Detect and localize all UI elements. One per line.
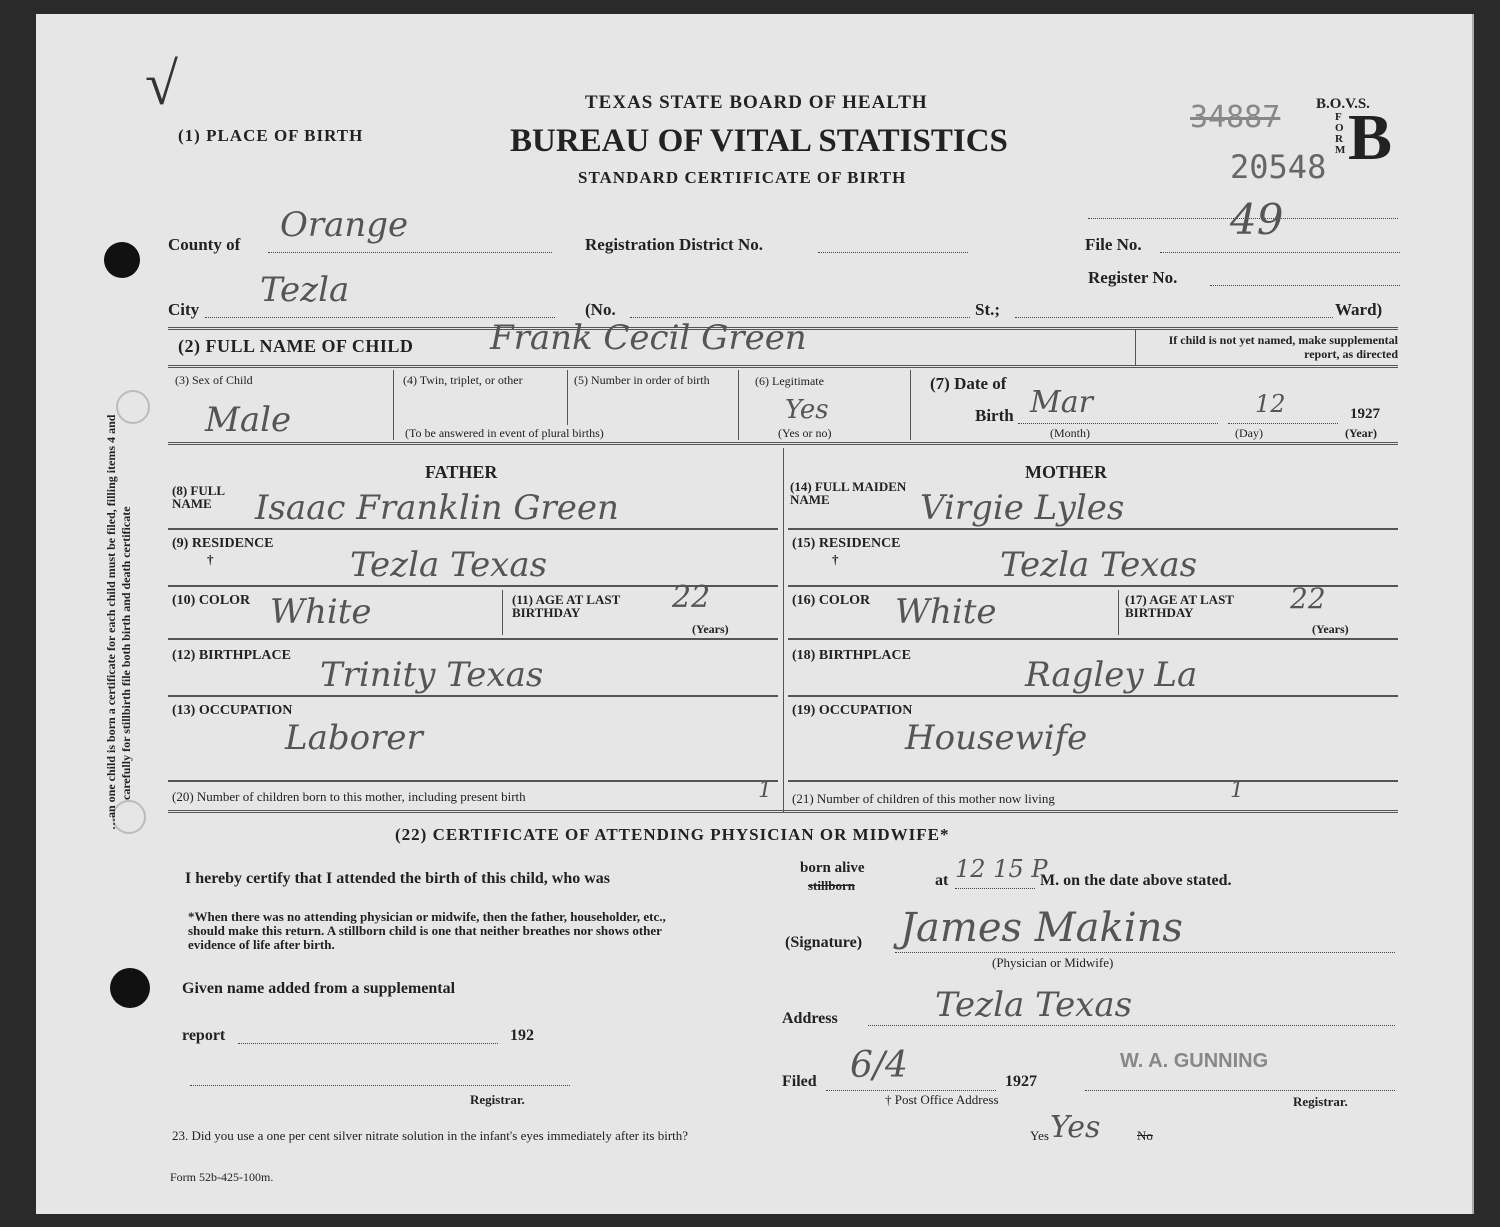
given-name-text: Given name added from a supplemental (182, 980, 455, 998)
mother-occupation-value: Housewife (905, 718, 1087, 758)
father-color-value: White (270, 592, 372, 632)
children-born-value: 1 (758, 778, 772, 803)
father-years-label: (Years) (692, 622, 729, 637)
mother-name-label: (14) FULL MAIDEN NAME (790, 480, 910, 506)
children-living-label: (21) Number of children of this mother n… (792, 791, 1055, 807)
stillborn-label: stillborn (808, 878, 855, 894)
filed-year: 1927 (1005, 1073, 1037, 1091)
mother-color-value: White (895, 592, 997, 632)
mother-age-value: 22 (1290, 582, 1326, 615)
mother-name-value: Virgie Lyles (920, 488, 1124, 528)
form-letter: B (1348, 100, 1392, 176)
file-no-label: File No. (1085, 235, 1142, 255)
check-mark: √ (145, 50, 178, 119)
legitimate-note: (Yes or no) (778, 426, 831, 441)
stamp-new-number: 20548 (1230, 148, 1326, 186)
stamp-old-number: 34887 (1190, 100, 1280, 135)
physician-heading: (22) CERTIFICATE OF ATTENDING PHYSICIAN … (395, 825, 949, 845)
mother-residence-value: Tezla Texas (1000, 545, 1197, 585)
mother-color-label: (16) COLOR (792, 593, 870, 609)
father-heading: FATHER (425, 462, 497, 483)
punch-hole (104, 242, 140, 278)
city-label: City (168, 300, 199, 320)
county-value: Orange (280, 205, 408, 245)
register-no-label: Register No. (1088, 268, 1177, 288)
county-label: County of (168, 235, 240, 255)
father-name-value: Isaac Franklin Green (255, 488, 619, 528)
father-name-label: (8) FULL NAME (172, 484, 262, 510)
dob-month: Mar (1030, 385, 1093, 420)
father-color-label: (10) COLOR (172, 593, 250, 609)
mother-residence-label: (15) RESIDENCE (792, 536, 901, 552)
no-label: No (1137, 1128, 1153, 1144)
plural-births-note: (To be answered in event of plural birth… (405, 426, 604, 441)
po-address-note: † Post Office Address (885, 1092, 999, 1108)
filed-value: 6/4 (850, 1045, 908, 1086)
legitimate-label: (6) Legitimate (755, 374, 824, 389)
father-residence-label: (9) RESIDENCE (172, 536, 274, 552)
dob-year: 1927 (1350, 406, 1380, 423)
legitimate-value: Yes (785, 395, 829, 425)
month-label: (Month) (1050, 426, 1090, 441)
mother-age-label: (17) AGE AT LAST BIRTHDAY (1125, 593, 1295, 619)
born-alive-label: born alive (800, 860, 865, 877)
ward-label: Ward) (1335, 300, 1382, 320)
mother-heading: MOTHER (1025, 462, 1107, 483)
father-residence-value: Tezla Texas (350, 545, 547, 585)
filed-label: Filed (782, 1073, 817, 1091)
day-label: (Day) (1235, 426, 1263, 441)
yes-label: Yes (1030, 1128, 1049, 1144)
footnote-text: *When there was no attending physician o… (188, 910, 683, 952)
registrar-label-left: Registrar. (470, 1092, 525, 1108)
physician-note: (Physician or Midwife) (992, 955, 1113, 971)
father-age-label: (11) AGE AT LAST BIRTHDAY (512, 593, 672, 619)
certificate-title: STANDARD CERTIFICATE OF BIRTH (578, 168, 906, 188)
children-born-label: (20) Number of children born to this mot… (172, 789, 526, 805)
city-value: Tezla (260, 270, 349, 310)
father-birthplace-value: Trinity Texas (320, 655, 543, 695)
child-name-label: (2) FULL NAME OF CHILD (178, 336, 413, 357)
dob-day: 12 (1255, 390, 1286, 418)
date-of-birth-label: (7) Date of (930, 374, 1006, 394)
place-of-birth-label: (1) PLACE OF BIRTH (178, 126, 363, 146)
sex-value: Male (205, 400, 291, 440)
dagger-mark: † (207, 552, 214, 568)
child-name-value: Frank Cecil Green (490, 318, 807, 358)
mother-birthplace-value: Ragley La (1025, 655, 1197, 695)
form-word: F O R M (1335, 112, 1345, 156)
father-occupation-label: (13) OCCUPATION (172, 703, 292, 719)
street-label: St.; (975, 300, 1000, 320)
punch-hole (110, 968, 150, 1008)
mother-years-label: (Years) (1312, 622, 1349, 637)
birth-order-label: (5) Number in order of birth (574, 374, 734, 387)
signature-value: James Makins (900, 905, 1183, 951)
registrar-stamp: W. A. GUNNING (1120, 1050, 1268, 1073)
twin-label: (4) Twin, triplet, or other (403, 374, 543, 387)
birth-label: Birth (975, 406, 1014, 426)
report-label: report (182, 1027, 225, 1045)
form-number: Form 52b-425-100m. (170, 1170, 273, 1185)
file-no-value: 49 (1230, 195, 1283, 244)
address-value: Tezla Texas (935, 985, 1132, 1025)
board-title: TEXAS STATE BOARD OF HEALTH (585, 92, 928, 114)
sex-label: (3) Sex of Child (175, 374, 255, 387)
certify-text: I hereby certify that I attended the bir… (185, 870, 610, 888)
registration-district-label: Registration District No. (585, 235, 763, 255)
year-label: (Year) (1345, 426, 1377, 441)
bureau-title: BUREAU OF VITAL STATISTICS (510, 123, 1008, 160)
registrar-label-right: Registrar. (1293, 1094, 1348, 1110)
dagger-mark: † (832, 552, 839, 568)
side-instruction: …an one child is born a certificate for … (104, 415, 134, 830)
father-birthplace-label: (12) BIRTHPLACE (172, 648, 291, 664)
father-age-value: 22 (672, 580, 710, 615)
silver-nitrate-answer: Yes (1050, 1110, 1100, 1145)
child-name-note: If child is not yet named, make suppleme… (1138, 333, 1398, 361)
mother-birthplace-label: (18) BIRTHPLACE (792, 648, 911, 664)
birth-time-value: 12 15 P (955, 855, 1047, 883)
silver-nitrate-question: 23. Did you use a one per cent silver ni… (172, 1128, 688, 1144)
children-living-value: 1 (1230, 778, 1244, 803)
report-year: 192 (510, 1027, 534, 1045)
signature-label: (Signature) (785, 934, 862, 952)
mother-occupation-label: (19) OCCUPATION (792, 703, 912, 719)
at-label: at (935, 872, 948, 890)
address-label: Address (782, 1010, 838, 1028)
father-occupation-value: Laborer (285, 718, 423, 758)
m-text: M. on the date above stated. (1040, 872, 1232, 890)
street-no-label: (No. (585, 300, 616, 320)
